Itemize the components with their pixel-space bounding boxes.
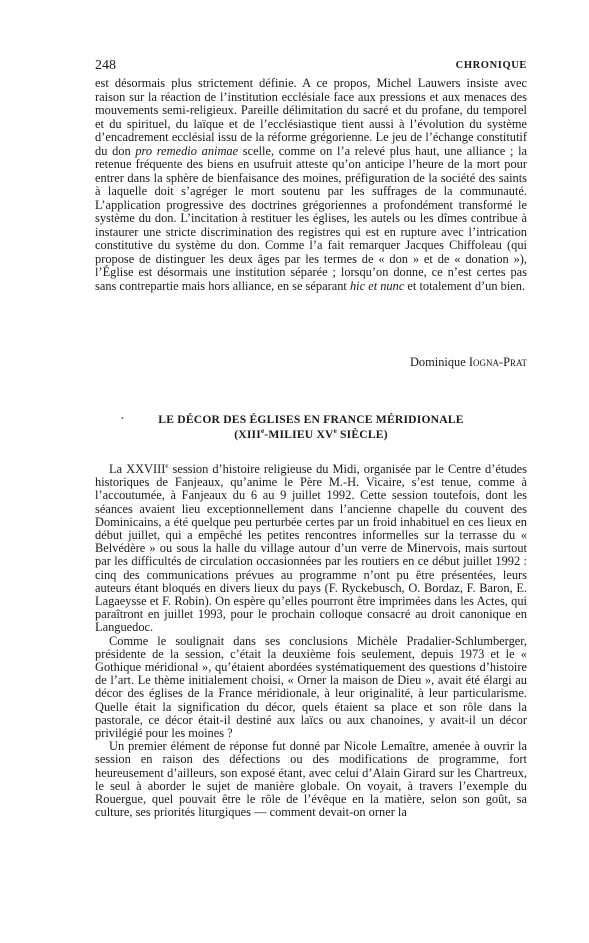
article-1-body: est désormais plus strictement définie. …	[95, 77, 527, 293]
italic-phrase: pro remedio animae	[135, 144, 238, 158]
author-first-name: Dominique	[410, 355, 469, 369]
paragraph: est désormais plus strictement définie. …	[95, 77, 527, 293]
paragraph: La XXVIIIe session d’histoire religieuse…	[95, 463, 527, 635]
text-run: session d’histoire religieuse du Midi, o…	[95, 462, 527, 634]
title-text: -MILIEU XV	[264, 428, 333, 441]
author-signature: Dominique Iogna-Prat	[410, 355, 527, 370]
page-number: 248	[95, 58, 116, 74]
running-head: 248 CHRONIQUE	[95, 58, 527, 74]
section-title: LE DÉCOR DES ÉGLISES EN FRANCE MÉRIDIONA…	[95, 412, 527, 442]
text-run: et totalement d’un bien.	[404, 279, 525, 293]
running-title: CHRONIQUE	[456, 60, 527, 71]
section-title-line-2: (XIIIe-MILIEU XVe SIÈCLE)	[95, 427, 527, 442]
title-text: (XIII	[234, 428, 261, 441]
text-run: scelle, comme on l’a relevé plus haut, u…	[95, 144, 527, 293]
author-last-name: Iogna-Prat	[469, 355, 527, 369]
italic-phrase: hic et nunc	[350, 279, 404, 293]
text-run: La XXVIII	[109, 462, 165, 476]
document-page: 248 CHRONIQUE est désormais plus stricte…	[0, 0, 589, 943]
article-2-body: La XXVIIIe session d’histoire religieuse…	[95, 463, 527, 819]
title-text: SIÈCLE)	[337, 428, 388, 441]
section-title-line-1: LE DÉCOR DES ÉGLISES EN FRANCE MÉRIDIONA…	[95, 412, 527, 427]
paragraph: Comme le soulignait dans ses conclusions…	[95, 635, 527, 741]
paragraph: Un premier élément de réponse fut donné …	[95, 740, 527, 819]
